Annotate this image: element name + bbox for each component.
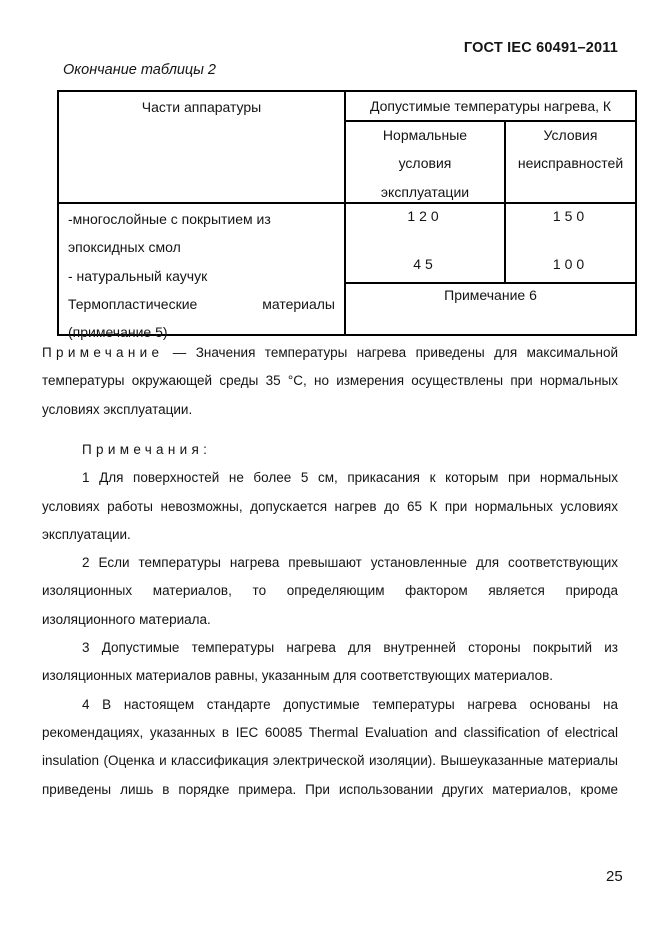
text-line: Условия	[506, 122, 635, 150]
text-line: эпоксидных смол	[68, 234, 335, 262]
text-line: температуры окружающей среды 35 °С, но и…	[42, 367, 618, 395]
standard-code-header: ГОСТ IEC 60491–2011	[464, 40, 618, 56]
text-line: Термопластические материалы	[68, 291, 335, 319]
body-cell-normal-values: 120 45	[346, 204, 506, 284]
header-cell-temperatures: Допустимые температуры нагрева, К	[346, 92, 635, 122]
body-cell-fault-values: 150 100	[506, 204, 635, 284]
note-paragraph-line: insulation (Оценка и классификация элект…	[42, 747, 618, 775]
text-line: условиях эксплуатации.	[42, 396, 618, 424]
table-footnote-first-line-text: — Значения температуры нагрева приведены…	[173, 345, 618, 360]
note-paragraph-line: изоляционного материала.	[42, 606, 618, 634]
note-paragraph-line: рекомендациях, указанных в IEC 60085 The…	[42, 719, 618, 747]
text-line: условия	[346, 150, 504, 178]
text-line: Нормальные	[346, 122, 504, 150]
value-normal-row2: 45	[413, 256, 437, 273]
note-paragraph-line: условиях работы невозможны, допускается …	[42, 493, 618, 521]
text-line: неисправностей	[506, 150, 635, 178]
text-line: - натуральный каучук	[68, 263, 335, 291]
table-footnote: Примечание — Значения температуры нагрев…	[42, 339, 618, 424]
table-caption: Окончание таблицы 2	[63, 62, 216, 78]
note-paragraph-line: 1 Для поверхностей не более 5 см, прикас…	[42, 464, 618, 492]
value-fault-row2: 100	[553, 256, 588, 273]
header-cell-parts: Части аппаратуры	[59, 92, 346, 204]
body-cell-span-note: Примечание 6	[346, 284, 635, 334]
temperature-table: Части аппаратуры Допустимые температуры …	[57, 90, 637, 336]
page-number: 25	[606, 868, 623, 885]
note-paragraph-line: приведены лишь в порядке примера. При ис…	[42, 776, 618, 804]
document-page: ГОСТ IEC 60491–2011 Окончание таблицы 2 …	[0, 0, 661, 936]
subheader-cell-fault-conditions: Условиянеисправностей	[506, 122, 635, 204]
notes-section: Примечания: 1 Для поверхностей не более …	[42, 436, 618, 804]
value-fault-row1: 150	[553, 208, 588, 225]
note-paragraph-line: изоляционных материалов, то определяющим…	[42, 577, 618, 605]
table-footnote-first-line: Примечание — Значения температуры нагрев…	[42, 339, 618, 367]
note-paragraph-line: изоляционных материалов равны, указанным…	[42, 662, 618, 690]
note-paragraph-line: 4 В настоящем стандарте допустимые темпе…	[42, 691, 618, 719]
subheader-cell-normal-conditions: Нормальныеусловияэксплуатации	[346, 122, 506, 204]
text-line: эксплуатации	[346, 179, 504, 207]
note-paragraph-line: эксплуатации.	[42, 521, 618, 549]
notes-heading-text: Примечания:	[82, 442, 211, 457]
note-paragraph-line: 2 Если температуры нагрева превышают уст…	[42, 549, 618, 577]
table-footnote-continuation: температуры окружающей среды 35 °С, но и…	[42, 367, 618, 424]
notes-paragraphs: 1 Для поверхностей не более 5 см, прикас…	[42, 464, 618, 804]
table-footnote-label: Примечание	[42, 345, 163, 360]
text-line: -многослойные с покрытием из	[68, 206, 335, 234]
note-paragraph-line: 3 Допустимые температуры нагрева для вну…	[42, 634, 618, 662]
notes-heading: Примечания:	[42, 436, 618, 464]
body-cell-parts-list: -многослойные с покрытием изэпоксидных с…	[59, 204, 346, 334]
value-normal-row1: 120	[407, 208, 442, 225]
